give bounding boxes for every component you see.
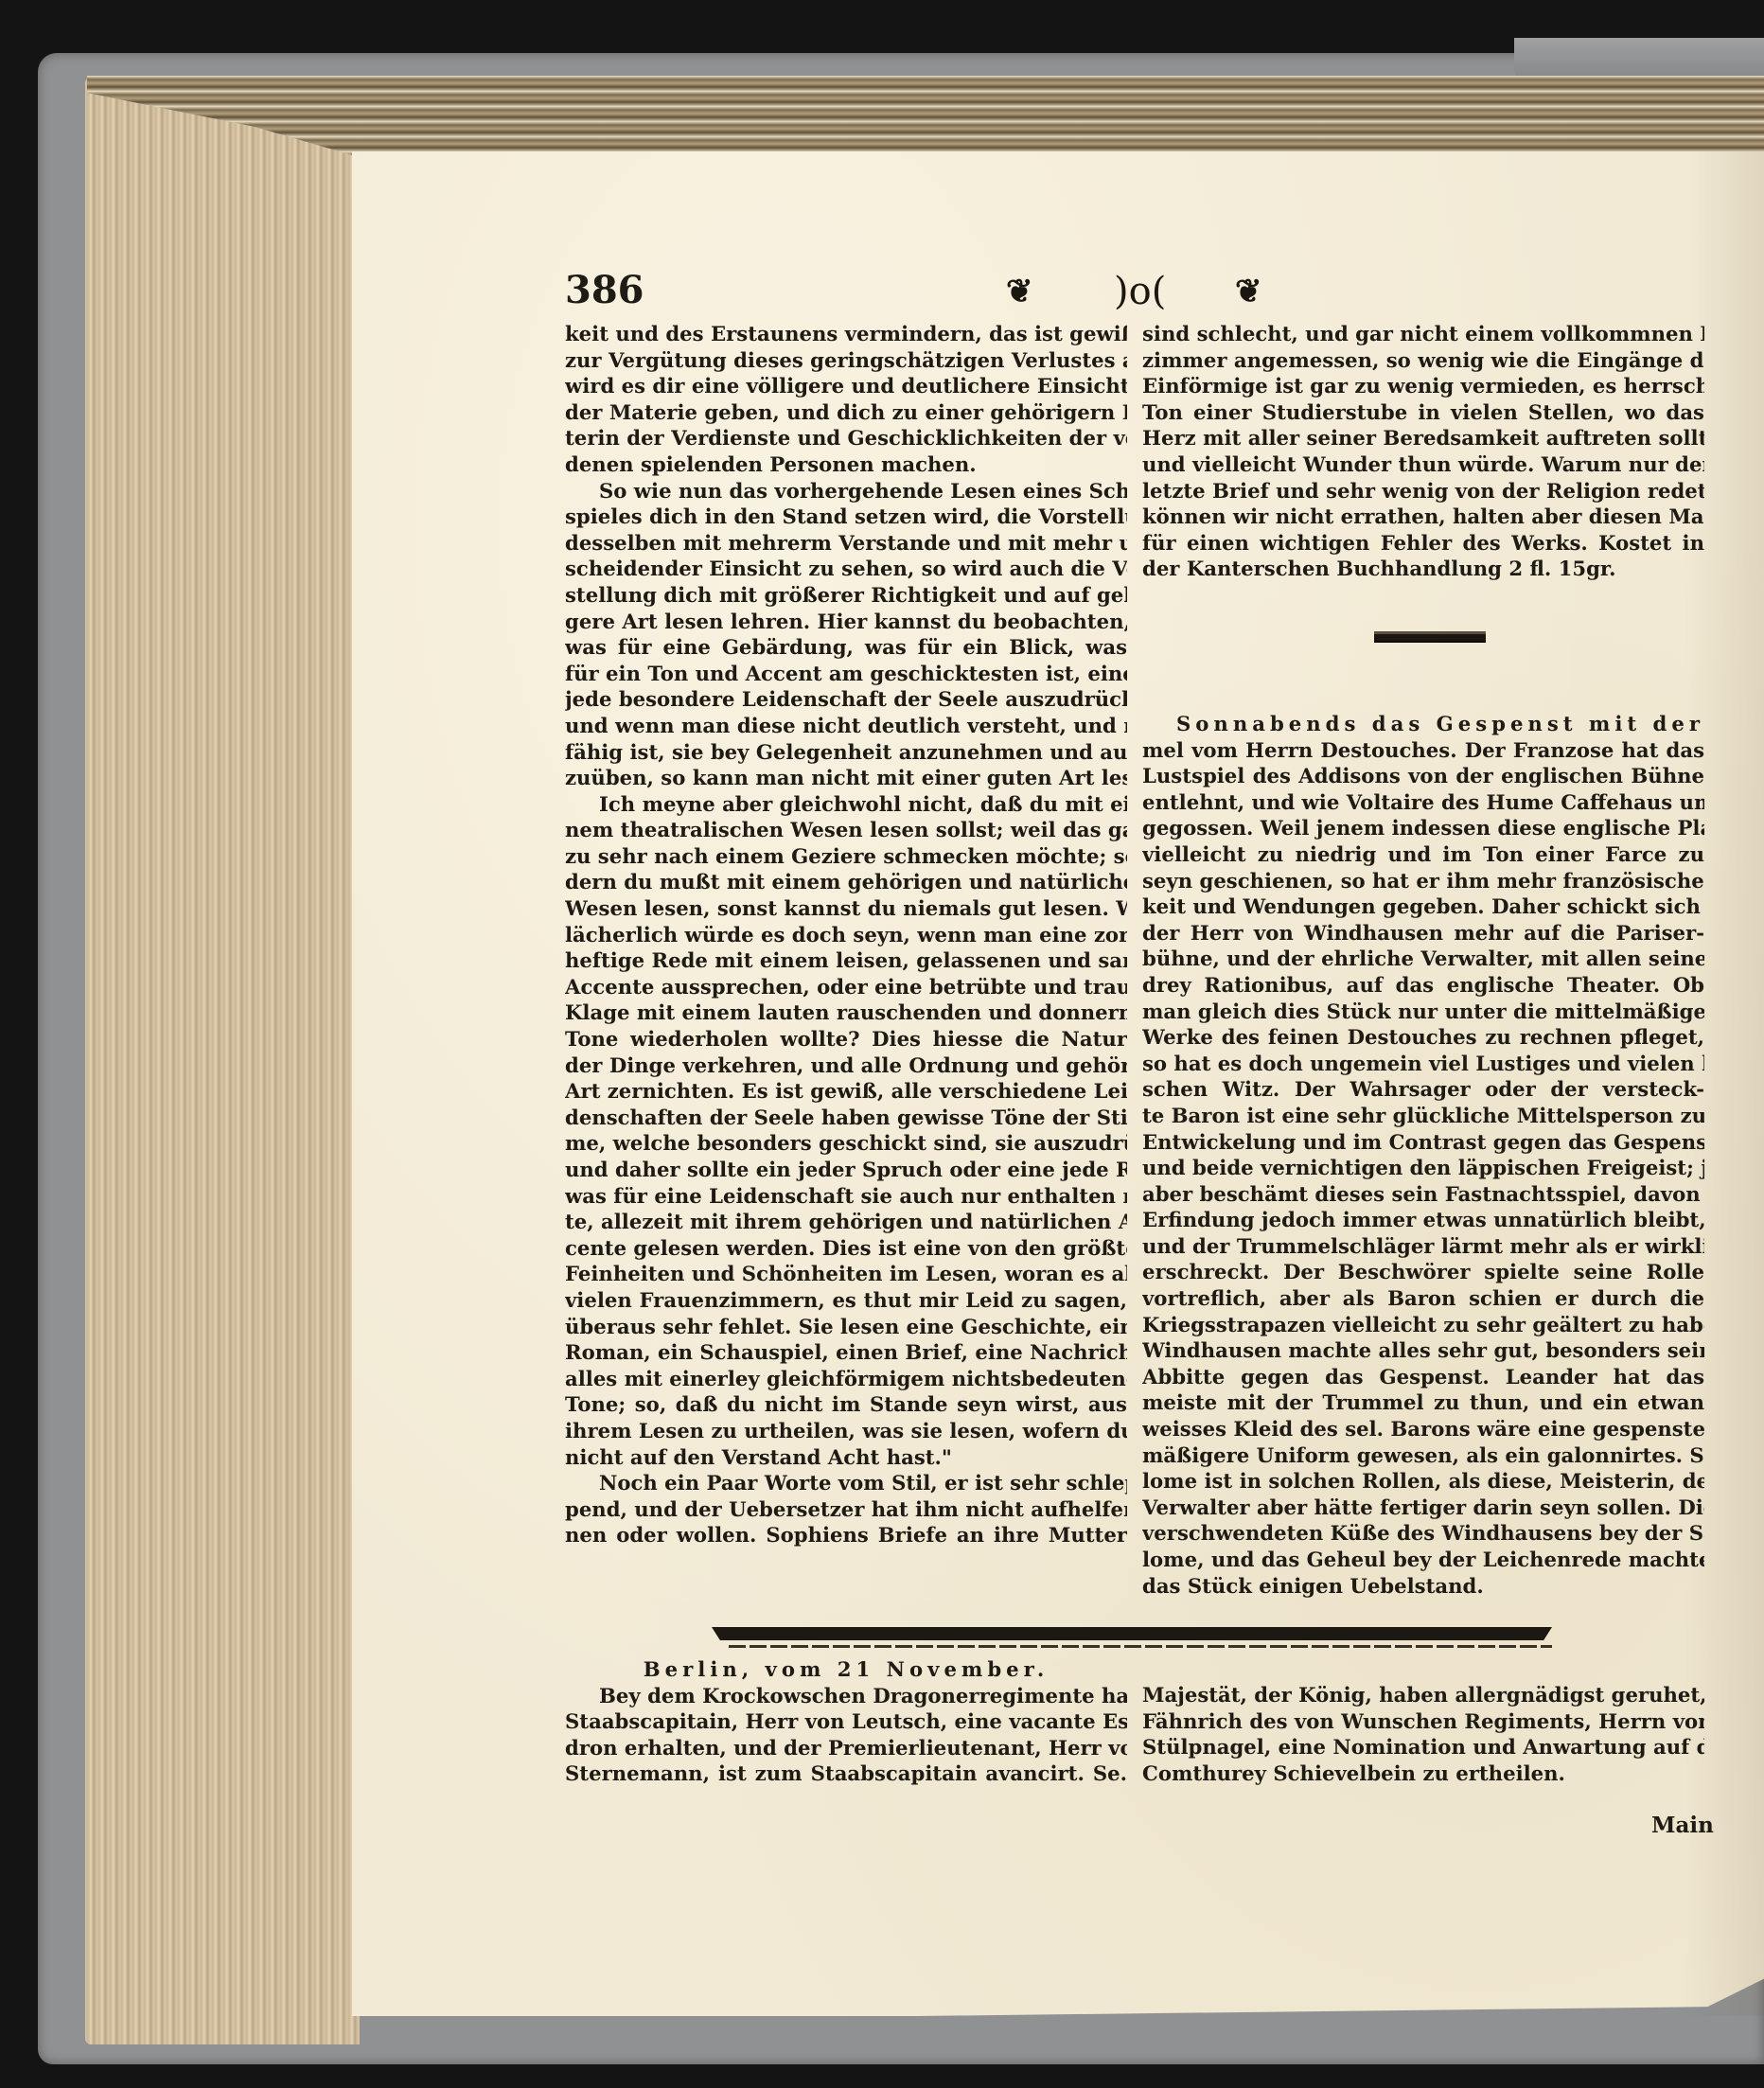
text-line: zu sehr nach einem Geziere schmecken möc… (565, 843, 1127, 870)
text-line: te, allezeit mit ihrem gehörigen und nat… (565, 1209, 1127, 1235)
text-line: mäßigere Uniform gewesen, als ein galonn… (1142, 1442, 1704, 1469)
text-line: Einförmige ist gar zu wenig vermieden, e… (1142, 373, 1704, 399)
left-column-text: keit und des Erstaunens vermindern, das … (565, 321, 1127, 1548)
text-line: Erfindung jedoch immer etwas unnatürlich… (1142, 1207, 1704, 1233)
theatre-review-text: Sonnabends das Gespenst mit der Trom- me… (1142, 711, 1704, 1599)
text-line: Stülpnagel, eine Nomination und Anwartun… (1142, 1734, 1704, 1761)
text-line: nen oder wollen. Sophiens Briefe an ihre… (565, 1522, 1127, 1548)
text-line: und der Trummelschläger lärmt mehr als e… (1142, 1233, 1704, 1260)
page-edges-top (87, 76, 1764, 161)
text-line: ihrem Lesen zu urtheilen, was sie lesen,… (565, 1418, 1127, 1444)
text-line: pend, und der Uebersetzer hat ihm nicht … (565, 1496, 1127, 1523)
text-line: Tone; so, daß du nicht im Stande seyn wi… (565, 1391, 1127, 1418)
text-line: was für eine Gebärdung, was für ein Blic… (565, 634, 1127, 661)
shell-ornament-icon: ❦ (1006, 271, 1033, 312)
heavy-section-rule (712, 1627, 1552, 1640)
text-line: te Baron ist eine sehr glückliche Mittel… (1142, 1103, 1704, 1129)
text-line: Entwickelung und im Contrast gegen das G… (1142, 1129, 1704, 1156)
thin-section-rule (729, 1645, 1552, 1648)
text-line: dern du mußt mit einem gehörigen und nat… (565, 869, 1127, 895)
text-line: Ich meyne aber gleichwohl nicht, daß du … (565, 791, 1127, 818)
text-line: me, welche besonders geschickt sind, sie… (565, 1130, 1127, 1157)
text-line: keit und des Erstaunens vermindern, das … (565, 321, 1127, 347)
text-line: Majestät, der König, haben allergnädigst… (1142, 1682, 1704, 1708)
text-line: Sonnabends das Gespenst mit der Trom- (1142, 711, 1704, 737)
text-line: scheidender Einsicht zu sehen, so wird a… (565, 556, 1127, 582)
text-line: nicht auf den Verstand Acht hast." (565, 1444, 1127, 1471)
page-edges-fore (85, 76, 360, 2044)
text-line: stellung dich mit größerer Richtigkeit u… (565, 582, 1127, 609)
text-line: und daher sollte ein jeder Spruch oder e… (565, 1157, 1127, 1183)
text-line: Lustspiel des Addisons von der englische… (1142, 763, 1704, 789)
text-line: Feinheiten und Schönheiten im Lesen, wor… (565, 1261, 1127, 1287)
text-line: Roman, ein Schauspiel, einen Brief, eine… (565, 1339, 1127, 1366)
text-line: lächerlich würde es doch seyn, wenn man … (565, 922, 1127, 948)
text-line: entlehnt, und wie Voltaire des Hume Caff… (1142, 789, 1704, 816)
text-line: Verwalter aber hätte fertiger darin seyn… (1142, 1495, 1704, 1521)
text-line: Klage mit einem lauten rauschenden und d… (565, 1000, 1127, 1026)
text-line: weisses Kleid des sel. Barons wäre eine … (1142, 1416, 1704, 1442)
text-line: gere Art lesen lehren. Hier kannst du be… (565, 609, 1127, 635)
text-line: drey Rationibus, auf das englische Theat… (1142, 972, 1704, 999)
text-line: Ton einer Studierstube in vielen Stellen… (1142, 399, 1704, 426)
text-line: schen Witz. Der Wahrsager oder der verst… (1142, 1076, 1704, 1103)
shell-ornament-icon: ❦ (1235, 271, 1262, 312)
text-line: können wir nicht errathen, halten aber d… (1142, 504, 1704, 530)
text-line: lome ist in solchen Rollen, als diese, M… (1142, 1468, 1704, 1495)
text-line: zur Vergütung dieses geringschätzigen Ve… (565, 347, 1127, 374)
text-line: das Stück einigen Uebelstand. (1142, 1573, 1704, 1600)
text-line: Noch ein Paar Worte vom Stil, er ist seh… (565, 1470, 1127, 1496)
text-line: So wie nun das vorhergehende Lesen eines… (565, 478, 1127, 504)
text-line: vielen Frauenzimmern, es thut mir Leid z… (565, 1287, 1127, 1314)
text-line: letzte Brief und sehr wenig von der Reli… (1142, 478, 1704, 504)
text-line: Windhausen machte alles sehr gut, besond… (1142, 1337, 1704, 1364)
text-line: keit und Wendungen gegeben. Daher schick… (1142, 894, 1704, 920)
text-line: so hat es doch ungemein viel Lustiges un… (1142, 1051, 1704, 1077)
text-line: für einen wichtigen Fehler des Werks. Ko… (1142, 530, 1704, 557)
text-line: zuüben, so kann man nicht mit einer gute… (565, 765, 1127, 791)
text-line: der Dinge verkehren, und alle Ordnung un… (565, 1053, 1127, 1079)
text-line: und beide vernichtigen den läppischen Fr… (1142, 1155, 1704, 1181)
text-line: seyn geschienen, so hat er ihm mehr fran… (1142, 868, 1704, 894)
text-line: fähig ist, sie bey Gelegenheit anzunehme… (565, 739, 1127, 766)
center-bracket-ornament-icon: )o( (1114, 271, 1166, 312)
right-column-review-end: sind schlecht, und gar nicht einem vollk… (1142, 321, 1704, 582)
text-line: cente gelesen werden. Dies ist eine von … (565, 1235, 1127, 1262)
section-divider-rule (1374, 631, 1486, 643)
text-line: überaus sehr fehlet. Sie lesen eine Gesc… (565, 1314, 1127, 1340)
text-line: vortreflich, aber als Baron schien er du… (1142, 1285, 1704, 1312)
text-line: Sternemann, ist zum Staabscapitain avanc… (565, 1761, 1127, 1787)
text-line: erschreckt. Der Beschwörer spielte seine… (1142, 1259, 1704, 1285)
text-line: denen spielenden Personen machen. (565, 451, 1127, 478)
text-line: gegossen. Weil jenem indessen diese engl… (1142, 815, 1704, 841)
text-line: heftige Rede mit einem leisen, gelassene… (565, 947, 1127, 974)
catchword: Main (1651, 1813, 1714, 1839)
text-line: Werke des feinen Destouches zu rechnen p… (1142, 1024, 1704, 1051)
text-line: verschwendeten Küße des Windhausens bey … (1142, 1520, 1704, 1547)
text-line: sind schlecht, und gar nicht einem vollk… (1142, 321, 1704, 347)
running-header: 386 ❦ )o( ❦ (565, 267, 1710, 314)
text-line: Comthurey Schievelbein zu ertheilen. (1142, 1761, 1704, 1787)
text-line: dron erhalten, und der Premierlieutenant… (565, 1735, 1127, 1761)
text-line: vielleicht zu niedrig und im Ton einer F… (1142, 841, 1704, 868)
text-line: Wesen lesen, sonst kannst du niemals gut… (565, 895, 1127, 922)
text-line: und vielleicht Wunder thun würde. Warum … (1142, 451, 1704, 478)
text-line: Staabscapitain, Herr von Leutsch, eine v… (565, 1708, 1127, 1735)
news-right-column: Majestät, der König, haben allergnädigst… (1142, 1682, 1704, 1786)
text-line: man gleich dies Stück nur unter die mitt… (1142, 999, 1704, 1025)
text-line: was für eine Leidenschaft sie auch nur e… (565, 1183, 1127, 1210)
text-line: nem theatralischen Wesen lesen sollst; w… (565, 817, 1127, 843)
news-heading: Berlin, vom 21 November. (565, 1656, 1127, 1683)
text-line: alles mit einerley gleichförmigem nichts… (565, 1366, 1127, 1392)
text-line: mel vom Herrn Destouches. Der Franzose h… (1142, 737, 1704, 764)
text-line: Kriegsstrapazen vielleicht zu sehr geält… (1142, 1312, 1704, 1338)
text-line: denschaften der Seele haben gewisse Töne… (565, 1105, 1127, 1131)
text-line: zimmer angemessen, so wenig wie die Eing… (1142, 347, 1704, 374)
page-number: 386 (565, 267, 644, 314)
text-line: der Herr von Windhausen mehr auf die Par… (1142, 920, 1704, 947)
text-line: lome, und das Geheul bey der Leichenrede… (1142, 1547, 1704, 1573)
text-line: terin der Verdienste und Geschicklichkei… (565, 425, 1127, 451)
text-line: desselben mit mehrerm Verstande und mit … (565, 530, 1127, 557)
text-line: jede besondere Leidenschaft der Seele au… (565, 686, 1127, 713)
text-line: und wenn man diese nicht deutlich verste… (565, 713, 1127, 739)
text-line: Abbitte gegen das Gespenst. Leander hat … (1142, 1364, 1704, 1390)
text-line: Herz mit aller seiner Beredsamkeit auftr… (1142, 425, 1704, 451)
text-line: der Kanterschen Buchhandlung 2 fl. 15gr. (1142, 556, 1704, 582)
text-line: wird es dir eine völligere und deutliche… (565, 373, 1127, 399)
text-line: Art zernichten. Es ist gewiß, alle versc… (565, 1078, 1127, 1105)
text-line: bühne, und der ehrliche Verwalter, mit a… (1142, 946, 1704, 972)
text-line: aber beschämt dieses sein Fastnachtsspie… (1142, 1181, 1704, 1208)
text-line: Tone wiederholen wollte? Dies hiesse die… (565, 1026, 1127, 1053)
text-line: spieles dich in den Stand setzen wird, d… (565, 504, 1127, 530)
text-line: Fähnrich des von Wunschen Regiments, Her… (1142, 1708, 1704, 1735)
text-line: der Materie geben, und dich zu einer geh… (565, 399, 1127, 426)
text-line: Accente aussprechen, oder eine betrübte … (565, 974, 1127, 1000)
text-line: meiste mit der Trummel zu thun, und ein … (1142, 1389, 1704, 1416)
news-left-column: Berlin, vom 21 November. Bey dem Krockow… (565, 1656, 1127, 1787)
text-line: Bey dem Krockowschen Dragonerregimente h… (565, 1683, 1127, 1709)
text-line: für ein Ton und Accent am geschicktesten… (565, 661, 1127, 687)
